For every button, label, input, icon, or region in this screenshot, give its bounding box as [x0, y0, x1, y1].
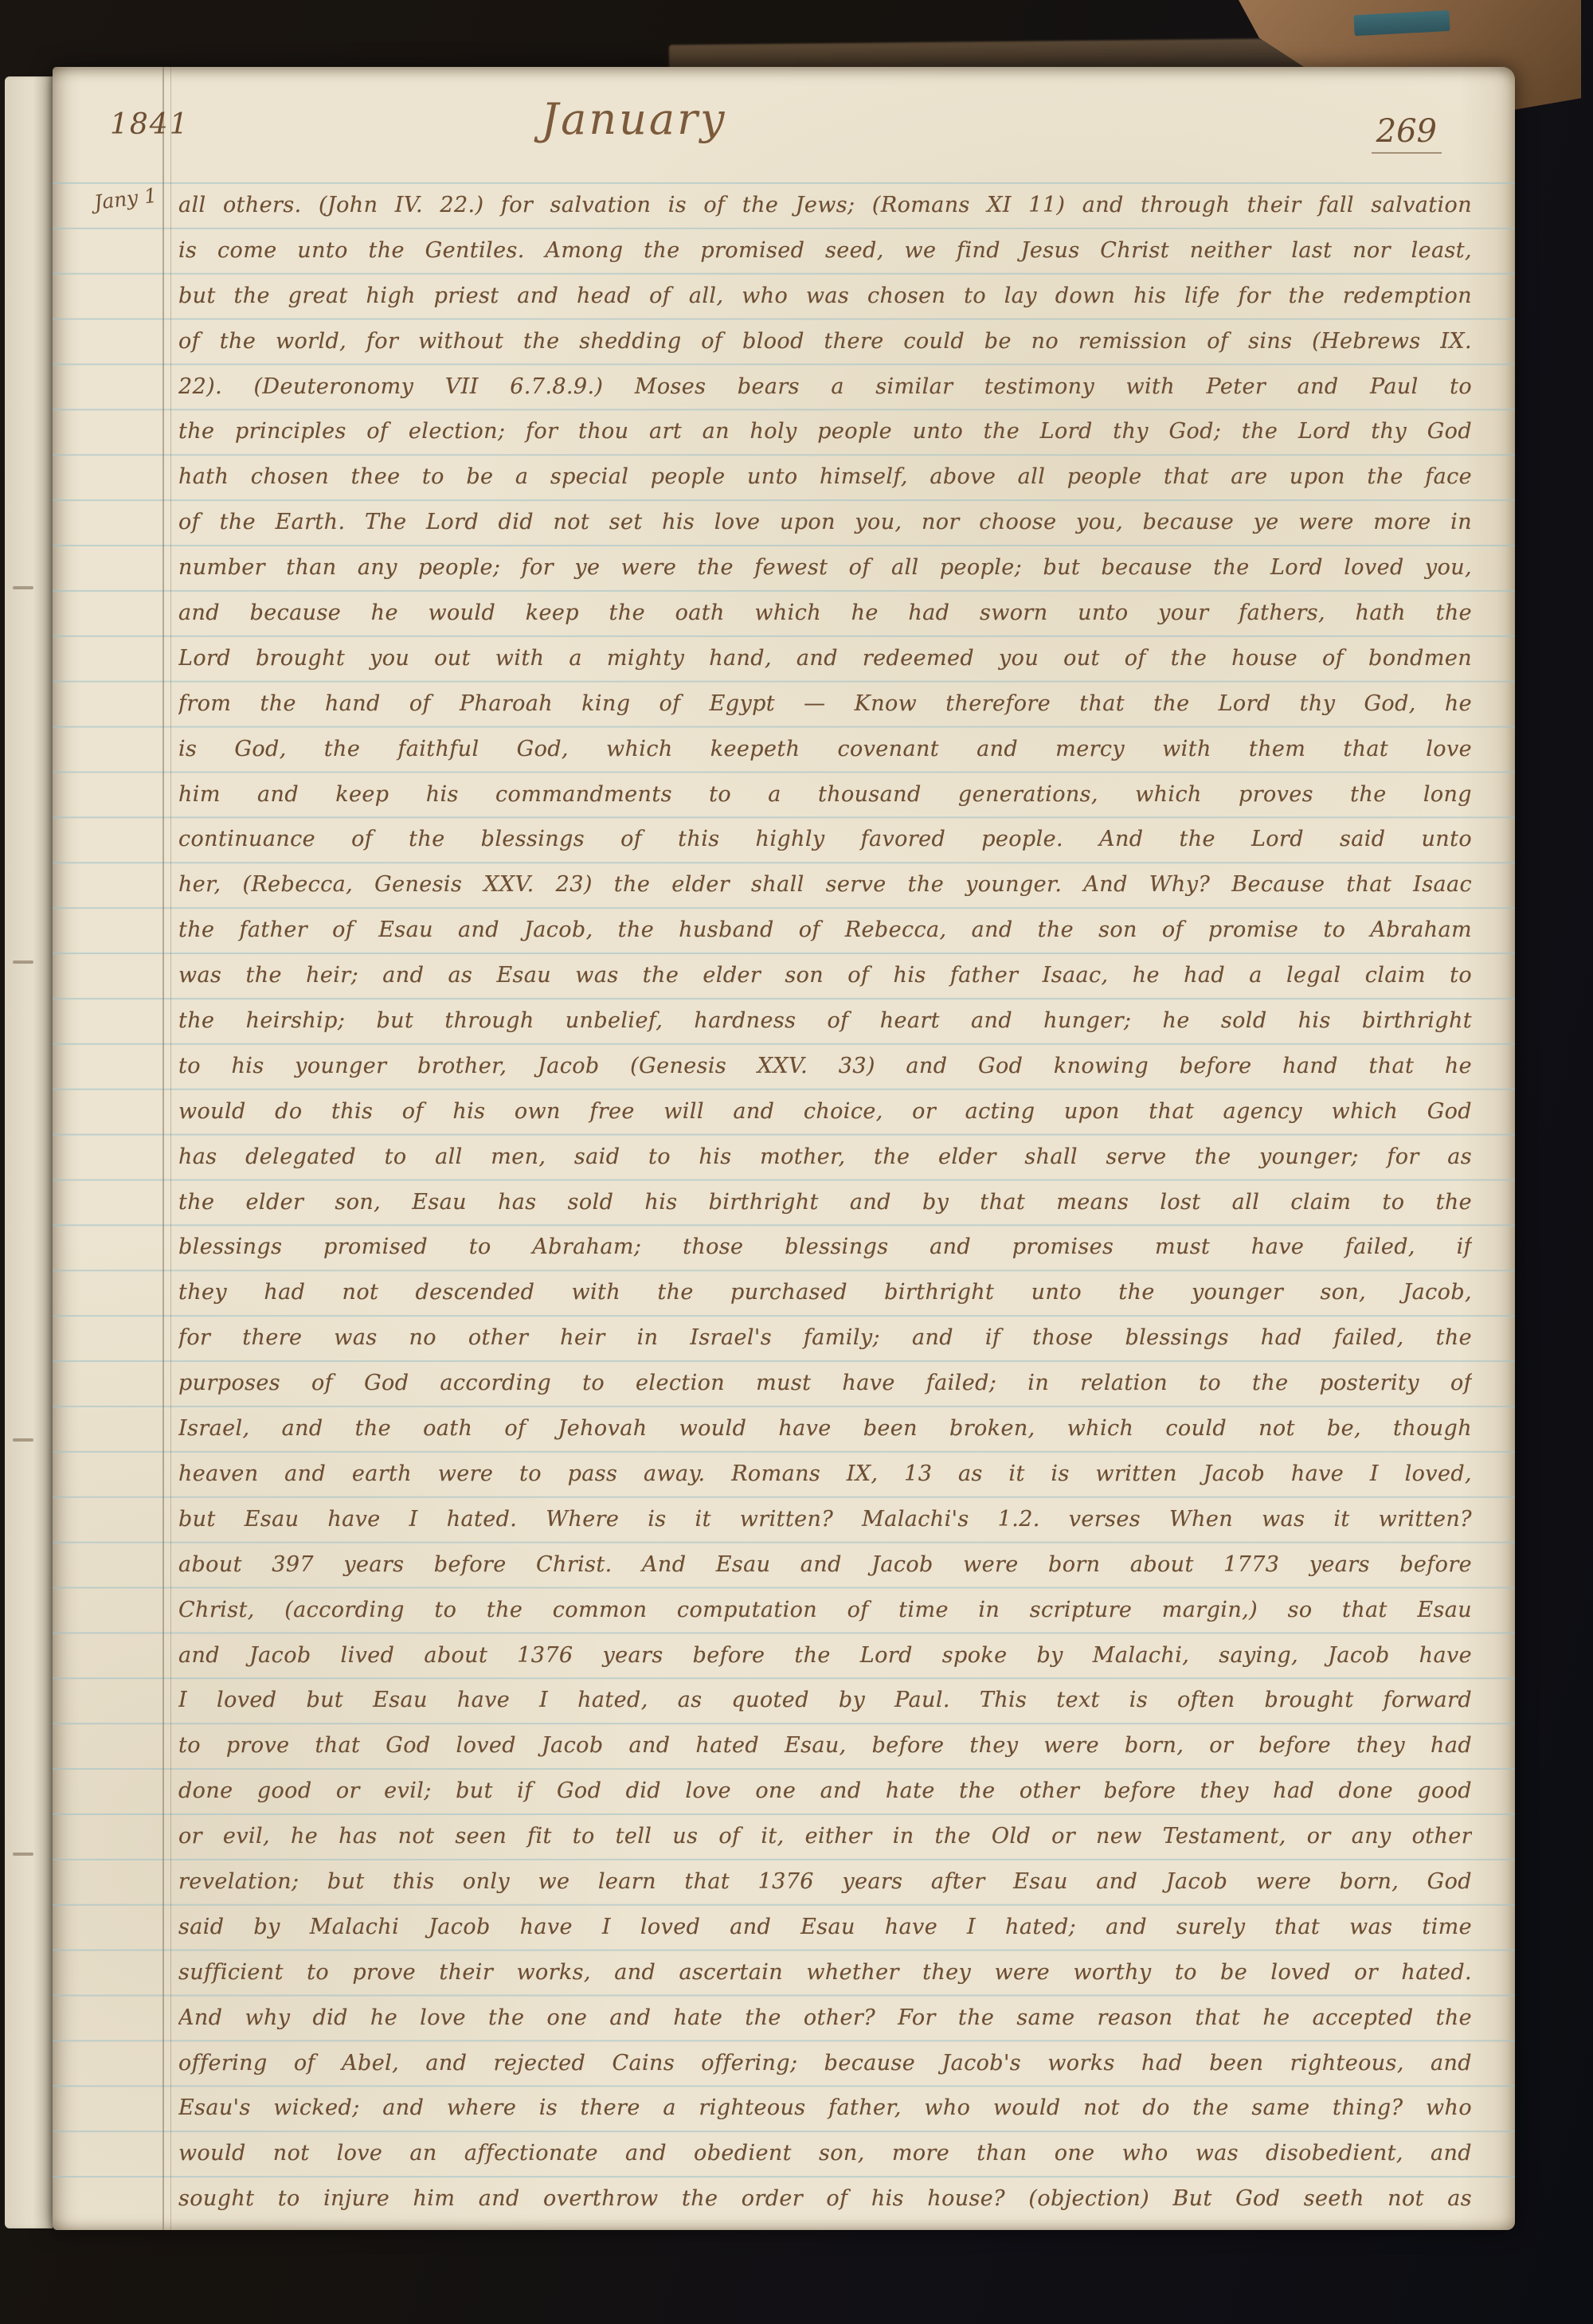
manuscript-line: number than any people; for ye were the … — [178, 546, 1472, 591]
manuscript-line: the heirship; but through unbelief, hard… — [178, 999, 1472, 1044]
manuscript-line: of the Earth. The Lord did not set his l… — [178, 500, 1472, 546]
manuscript-line: would not love an affectionate and obedi… — [178, 2131, 1472, 2177]
manuscript-page: 1841 January 269 Jany 1 all others. (Joh… — [53, 67, 1515, 2230]
manuscript-body: all others. (John IV. 22.) for salvation… — [178, 183, 1472, 2222]
manuscript-line: would do this of his own free will and c… — [178, 1090, 1472, 1135]
page-edge-mark — [13, 1438, 33, 1442]
manuscript-line: And why did he love the one and hate the… — [178, 1996, 1472, 2041]
manuscript-line: but Esau have I hated. Where is it writt… — [178, 1497, 1472, 1543]
manuscript-line: the elder son, Esau has sold his birthri… — [178, 1180, 1472, 1226]
manuscript-line: offering of Abel, and rejected Cains off… — [178, 2041, 1472, 2087]
page-number: 269 — [1372, 113, 1442, 154]
photograph-backdrop: { "page": { "year": "1841", "month_heade… — [0, 0, 1593, 2324]
header-year: 1841 — [110, 108, 190, 141]
manuscript-line: heaven and earth were to pass away. Roma… — [178, 1452, 1472, 1497]
manuscript-line: hath chosen thee to be a special people … — [178, 455, 1472, 500]
manuscript-line: of the world, for without the shedding o… — [178, 319, 1472, 365]
margin-rule — [162, 67, 171, 2230]
manuscript-line: and because he would keep the oath which… — [178, 591, 1472, 636]
manuscript-line: Lord brought you out with a mighty hand,… — [178, 636, 1472, 682]
manuscript-line: was the heir; and as Esau was the elder … — [178, 953, 1472, 999]
manuscript-line: the principles of election; for thou art… — [178, 409, 1472, 455]
manuscript-line: I loved but Esau have I hated, as quoted… — [178, 1678, 1472, 1723]
manuscript-line: the father of Esau and Jacob, the husban… — [178, 908, 1472, 953]
manuscript-line: 22). (Deuteronomy VII 6.7.8.9.) Moses be… — [178, 365, 1472, 410]
manuscript-line: they had not descended with the purchase… — [178, 1270, 1472, 1316]
manuscript-line: him and keep his commandments to a thous… — [178, 773, 1472, 818]
manuscript-line: or evil, he has not seen fit to tell us … — [178, 1814, 1472, 1860]
page-edge-mark — [13, 961, 33, 964]
manuscript-line: to prove that God loved Jacob and hated … — [178, 1723, 1472, 1769]
manuscript-line: done good or evil; but if God did love o… — [178, 1769, 1472, 1814]
manuscript-line: sufficient to prove their works, and asc… — [178, 1950, 1472, 1996]
manuscript-line: and Jacob lived about 1376 years before … — [178, 1633, 1472, 1679]
manuscript-line: is God, the faithful God, which keepeth … — [178, 727, 1472, 773]
header-month: January — [483, 94, 785, 144]
manuscript-line: Christ, (according to the common computa… — [178, 1588, 1472, 1633]
manuscript-line: continuance of the blessings of this hig… — [178, 817, 1472, 863]
manuscript-line: said by Malachi Jacob have I loved and E… — [178, 1905, 1472, 1950]
manuscript-line: about 397 years before Christ. And Esau … — [178, 1543, 1472, 1588]
manuscript-line: revelation; but this only we learn that … — [178, 1860, 1472, 1905]
manuscript-line: blessings promised to Abraham; those ble… — [178, 1225, 1472, 1270]
manuscript-line: has delegated to all men, said to his mo… — [178, 1135, 1472, 1180]
manuscript-line: but the great high priest and head of al… — [178, 274, 1472, 319]
manuscript-line: her, (Rebecca, Genesis XXV. 23) the elde… — [178, 863, 1472, 908]
page-edge-mark — [13, 586, 33, 589]
manuscript-line: sought to injure him and overthrow the o… — [178, 2177, 1472, 2222]
underlying-page-edge — [5, 76, 53, 2228]
manuscript-line: Esau's wicked; and where is there a righ… — [178, 2086, 1472, 2131]
manuscript-line: purposes of God according to election mu… — [178, 1361, 1472, 1407]
manuscript-line: is come unto the Gentiles. Among the pro… — [178, 229, 1472, 274]
manuscript-line: Israel, and the oath of Jehovah would ha… — [178, 1407, 1472, 1452]
manuscript-line: from the hand of Pharoah king of Egypt —… — [178, 682, 1472, 727]
manuscript-line: to his younger brother, Jacob (Genesis X… — [178, 1044, 1472, 1090]
manuscript-line: for there was no other heir in Israel's … — [178, 1316, 1472, 1361]
margin-date-note: Jany 1 — [93, 182, 175, 214]
page-edge-mark — [13, 1853, 33, 1856]
manuscript-line: all others. (John IV. 22.) for salvation… — [178, 183, 1472, 229]
